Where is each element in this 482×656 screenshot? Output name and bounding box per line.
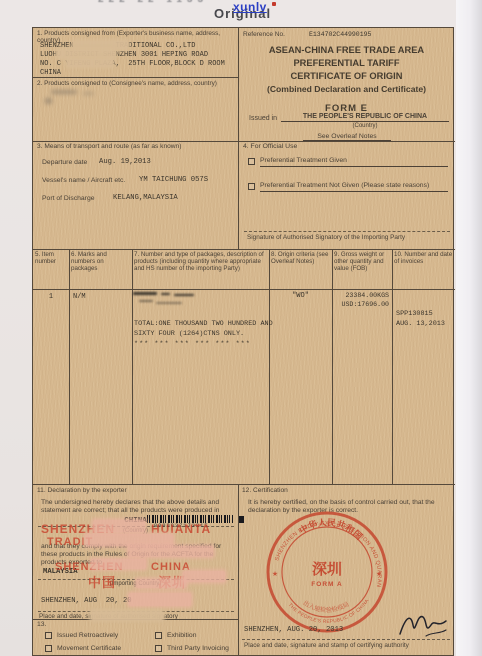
title-line: ASEAN-CHINA FREE TRADE AREA bbox=[238, 45, 455, 55]
col-header-marks: 6. Marks and numbers on packages bbox=[69, 250, 132, 273]
declaration-text-line: The undersigned hereby declares that the… bbox=[41, 499, 219, 506]
dotted-line bbox=[242, 639, 450, 640]
redaction-patch bbox=[91, 559, 146, 569]
vessel-value: YM TAICHUNG 057S bbox=[139, 176, 208, 184]
transport-box-label: 3. Means of transport and route (as far … bbox=[37, 143, 237, 150]
redaction-patch bbox=[129, 593, 191, 606]
row-invoice-no: SPP130815 bbox=[396, 310, 433, 318]
title-line: (Combined Declaration and Certificate) bbox=[238, 84, 455, 94]
grid-line bbox=[69, 249, 70, 484]
box13-label: 13. bbox=[37, 621, 46, 628]
grid-line bbox=[33, 77, 238, 78]
row-description-line: SIXTY FOUR (1264)CTNS ONLY. bbox=[134, 330, 244, 338]
svg-text:出入境检验检疫局: 出入境检验检疫局 bbox=[302, 599, 351, 614]
departure-date-value: Aug. 19,2013 bbox=[99, 158, 151, 166]
overleaf-note: See Overleaf Notes bbox=[303, 133, 391, 141]
redaction-patch bbox=[183, 571, 225, 582]
option-exhibition: Exhibition bbox=[167, 632, 196, 639]
erased-text-smudge bbox=[83, 92, 94, 95]
col-header-description: 7. Number and type of packages, descript… bbox=[132, 250, 269, 273]
row-item-number: 1 bbox=[33, 293, 69, 301]
redaction-patch bbox=[91, 611, 163, 620]
certifier-place-date: SHENZHEN, AUG. 20, 2013 bbox=[244, 626, 343, 634]
stamp-form-a-label: FORM A bbox=[311, 581, 342, 588]
barcode-spillover-mark bbox=[239, 516, 244, 523]
departure-date-label: Departure date bbox=[42, 159, 87, 166]
option-preferential-given: Preferential Treatment Given bbox=[260, 157, 448, 167]
row-description-line: *** *** *** *** *** *** bbox=[134, 340, 251, 348]
option-third-party-invoicing: Third Party Invoicing bbox=[167, 645, 229, 652]
erased-text-smudge bbox=[51, 90, 77, 94]
country-caption: (Country) bbox=[281, 123, 449, 129]
port-of-discharge-value: KELANG,MALAYSIA bbox=[113, 194, 178, 202]
redaction-patch bbox=[136, 579, 186, 588]
redaction-patch bbox=[93, 520, 145, 532]
watermark-red-dot-icon bbox=[272, 2, 276, 6]
certification-text-line: It is hereby certified, on the basis of … bbox=[248, 499, 450, 506]
checkbox-exhibition bbox=[155, 632, 162, 639]
grid-line bbox=[33, 484, 455, 485]
signature-dotted-line bbox=[244, 231, 450, 232]
option-preferential-not-given: Preferential Treatment Not Given (Please… bbox=[260, 182, 448, 192]
title-line: CERTIFICATE OF ORIGIN bbox=[238, 71, 455, 81]
certifier-signature-caption: Place and date, signature and stamp of c… bbox=[244, 642, 454, 649]
issued-in-country: THE PEOPLE'S REPUBLIC OF CHINA bbox=[281, 113, 449, 122]
site-watermark: xunlv bbox=[233, 0, 267, 14]
fax-header-note: 222 22 1133 bbox=[98, 0, 208, 5]
redacted-description-mark bbox=[156, 302, 182, 304]
port-of-discharge-label: Port of Discharge bbox=[42, 195, 95, 202]
exporter-place-date: SHENZHEN, AUG 20, 20 bbox=[41, 597, 132, 605]
grid-line bbox=[269, 249, 270, 484]
row-invoice-date: AUG. 13,2013 bbox=[396, 320, 445, 328]
row-fob-value: USD:17696.00 bbox=[332, 301, 389, 308]
stamp-star-icon: ★ bbox=[272, 570, 278, 578]
redaction-patch bbox=[85, 534, 173, 546]
option-issued-retroactively: Issued Retroactively bbox=[57, 632, 118, 639]
grid-line bbox=[238, 484, 239, 656]
reference-no-value: E134702C44990195 bbox=[309, 31, 371, 38]
checkbox-third-party-invoicing bbox=[155, 645, 162, 652]
redacted-description-mark bbox=[174, 294, 194, 296]
certificate-of-origin-form-e: 1. Products consigned from (Exporter's b… bbox=[32, 27, 454, 656]
scanned-certificate-page: 222 22 1133 Original xunlv 1. Products c… bbox=[0, 0, 482, 656]
consignee-box-label: 2. Products consigned to (Consignee's na… bbox=[37, 80, 237, 87]
title-line: PREFERENTIAL TARIFF bbox=[238, 58, 455, 68]
exporter-line: CHINA bbox=[40, 69, 61, 77]
redacted-description-mark bbox=[139, 300, 153, 302]
row-description-line: TOTAL:ONE THOUSAND TWO HUNDRED AND bbox=[134, 320, 273, 328]
checkbox-issued-retroactively bbox=[45, 632, 52, 639]
redaction-patch bbox=[73, 41, 128, 49]
row-origin-criteria: "WO" bbox=[269, 292, 332, 300]
scan-paper-edge bbox=[456, 0, 482, 656]
official-use-label: 4. For Official Use bbox=[243, 143, 297, 150]
importing-party-signature-label: Signature of Authorised Signatory of the… bbox=[247, 234, 452, 241]
declaration-text-line: statement are correct; that all the prod… bbox=[41, 507, 219, 514]
row-gross-weight: 23384.00KGS bbox=[332, 292, 389, 299]
col-header-item: 5. Item number bbox=[33, 250, 69, 266]
checkbox-movement-certificate bbox=[45, 645, 52, 652]
col-header-origin: 8. Origin criteria (see Overleaf Notes) bbox=[269, 250, 332, 266]
redacted-description-mark bbox=[133, 292, 157, 295]
col-header-gross: 9. Gross weight or other quantity and va… bbox=[332, 250, 392, 273]
stamp-star-icon-right: ★ bbox=[376, 570, 382, 578]
stamp-inner-bottom-text: 出入境检验检疫局 bbox=[302, 599, 351, 614]
declaration-box-label: 11. Declaration by the exporter bbox=[37, 487, 127, 494]
grid-line bbox=[392, 249, 393, 484]
vessel-label: Vessel's name / Aircraft etc. bbox=[42, 177, 125, 184]
redaction-patch bbox=[128, 546, 213, 557]
checkbox-preferential-given bbox=[248, 158, 255, 165]
grid-line bbox=[33, 141, 455, 142]
exporter-chop-text: 中国 bbox=[88, 572, 116, 591]
grid-line bbox=[332, 249, 333, 484]
certifying-authority-stamp: SHENZHEN ENTRY-EXIT INSPECTION AND QUARA… bbox=[265, 510, 389, 634]
redaction-patch bbox=[67, 59, 113, 67]
option-movement-certificate: Movement Certificate bbox=[57, 645, 121, 652]
reference-no-label: Reference No. bbox=[243, 31, 285, 38]
grid-line bbox=[132, 249, 133, 484]
erased-text-smudge bbox=[45, 98, 52, 104]
row-marks: N/M bbox=[73, 293, 86, 301]
stamp-center-text: 深圳 bbox=[312, 560, 342, 578]
certification-box-label: 12. Certification bbox=[242, 487, 288, 494]
redacted-description-mark bbox=[161, 293, 170, 295]
col-header-invoice: 10. Number and date of invoices bbox=[392, 250, 455, 266]
redaction-patch bbox=[57, 50, 115, 58]
issued-in-label: Issued in bbox=[249, 115, 277, 122]
checkbox-preferential-not-given bbox=[248, 183, 255, 190]
